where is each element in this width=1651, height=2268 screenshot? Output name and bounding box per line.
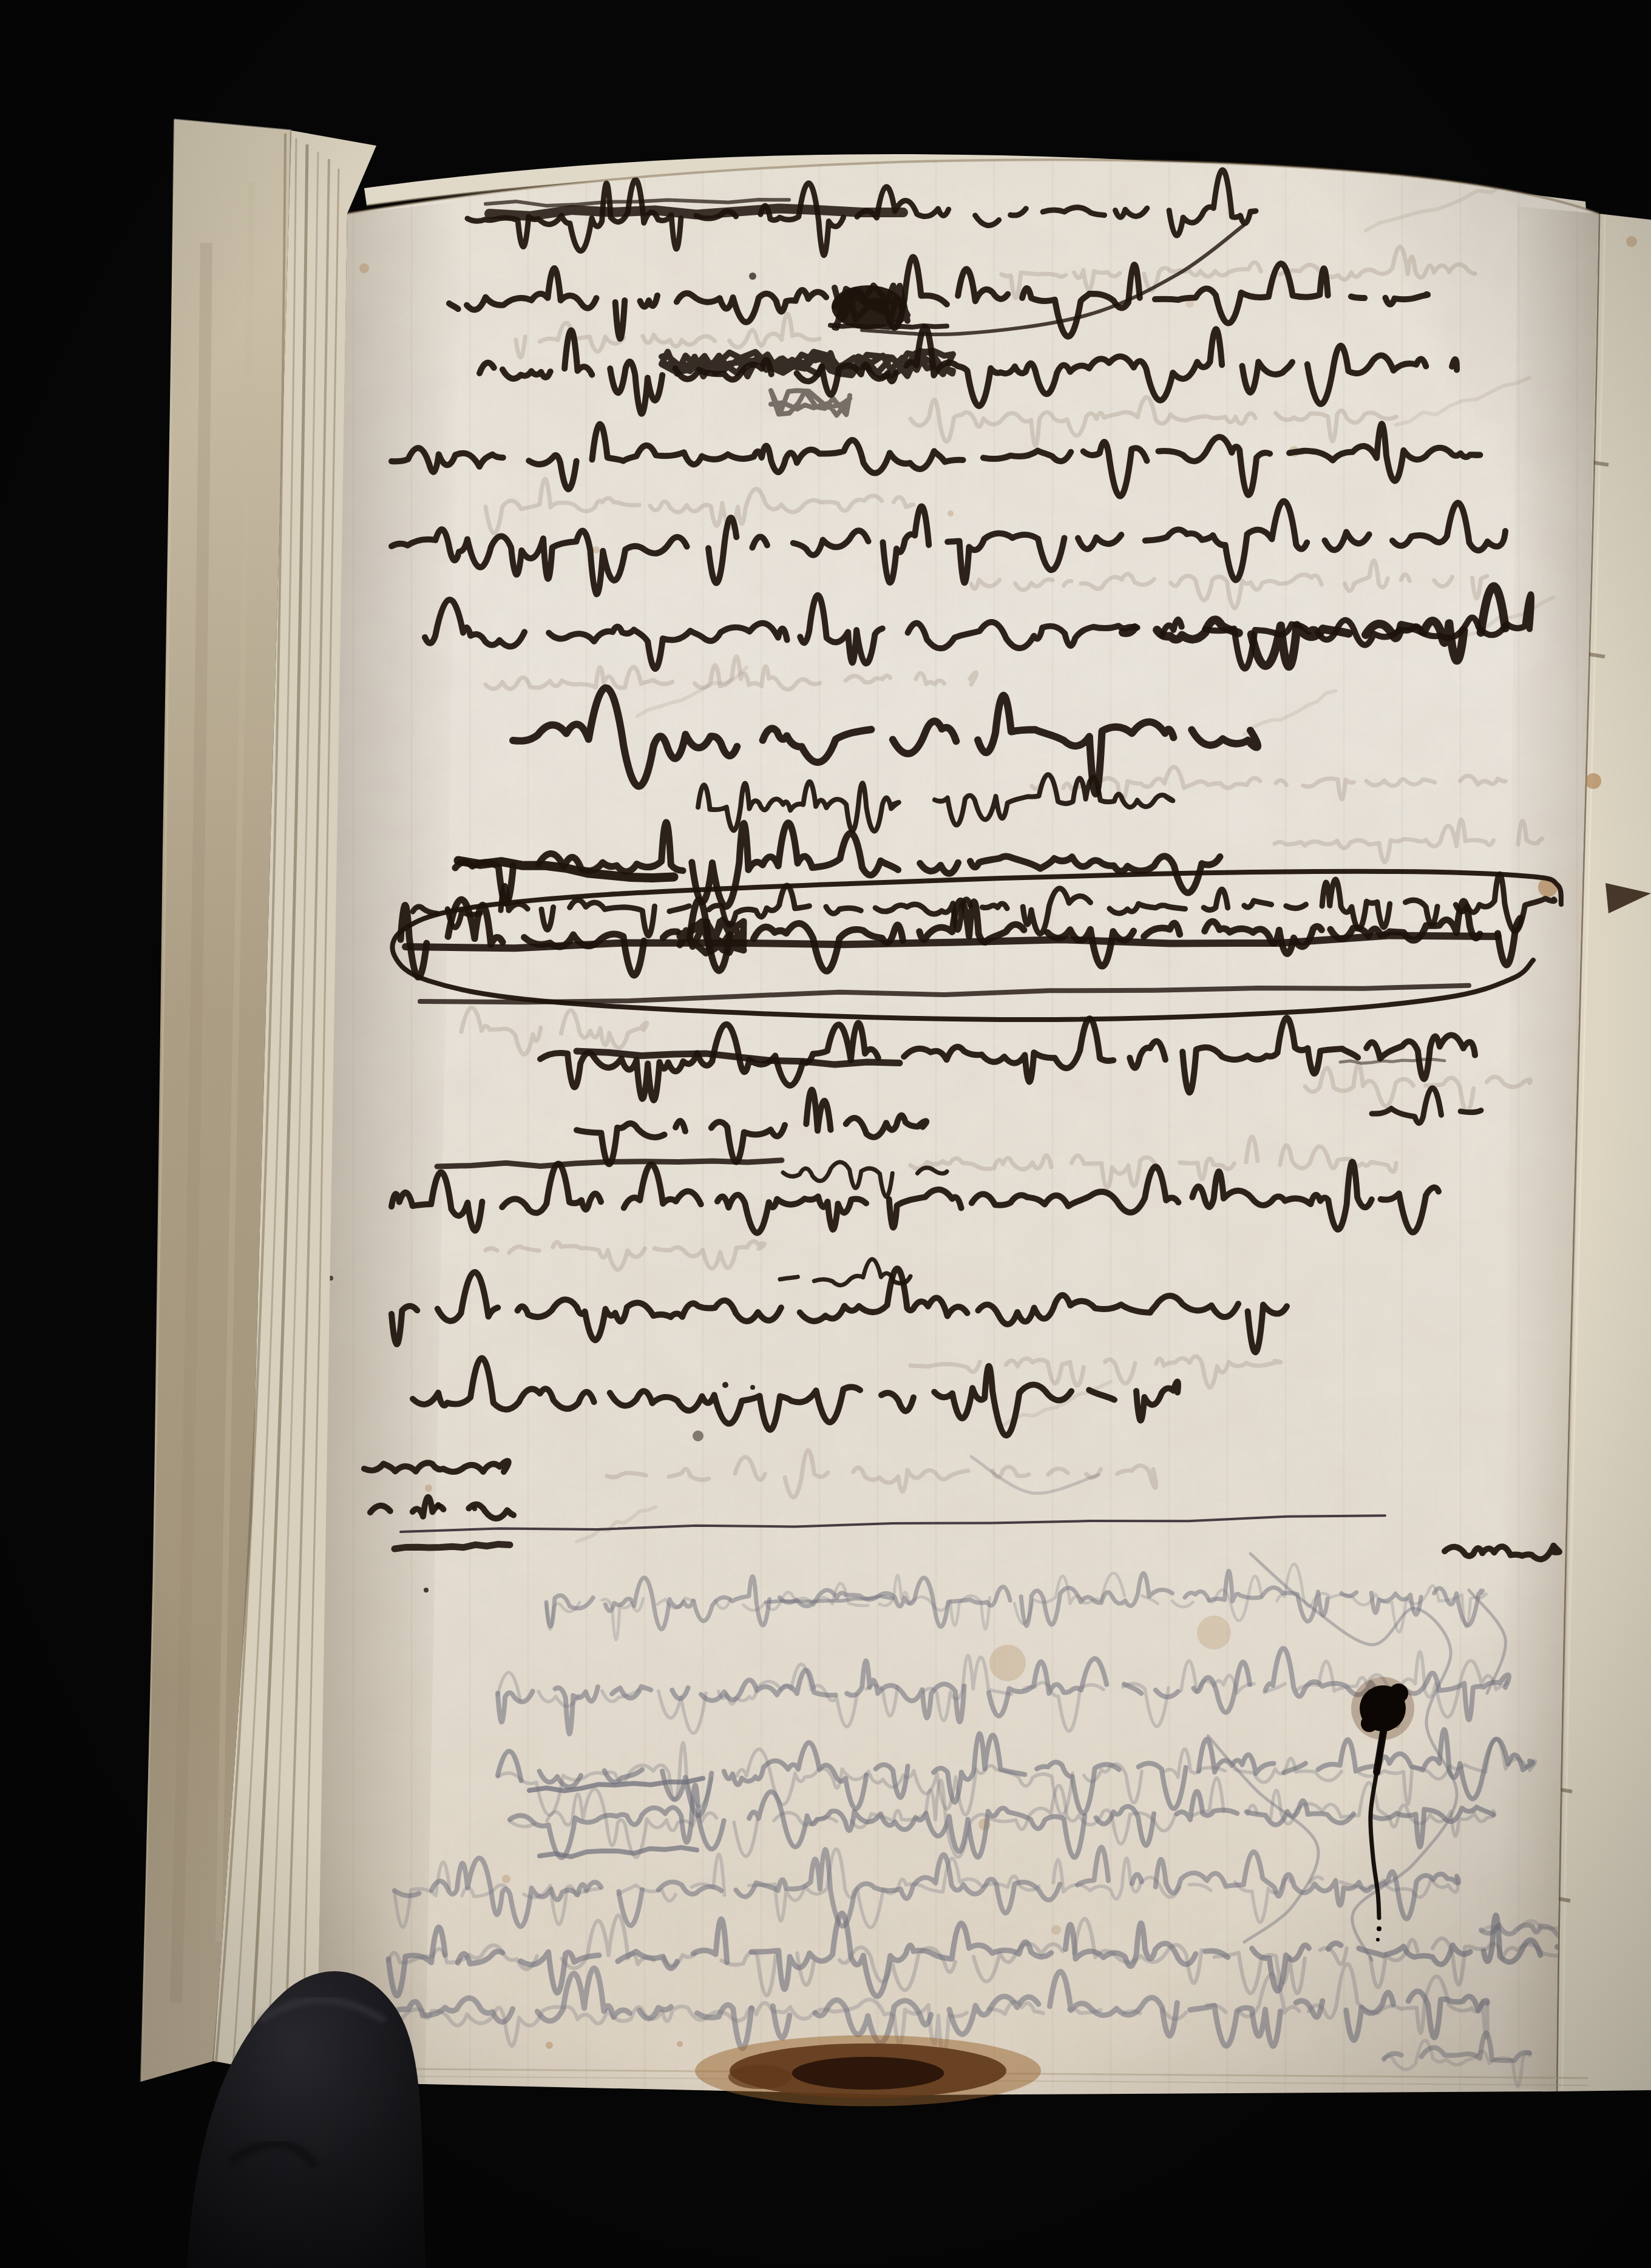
manuscript-photo [0,0,1651,2268]
manuscript-photo-canvas [0,0,1651,2268]
vignette-overlay [0,0,1651,2268]
